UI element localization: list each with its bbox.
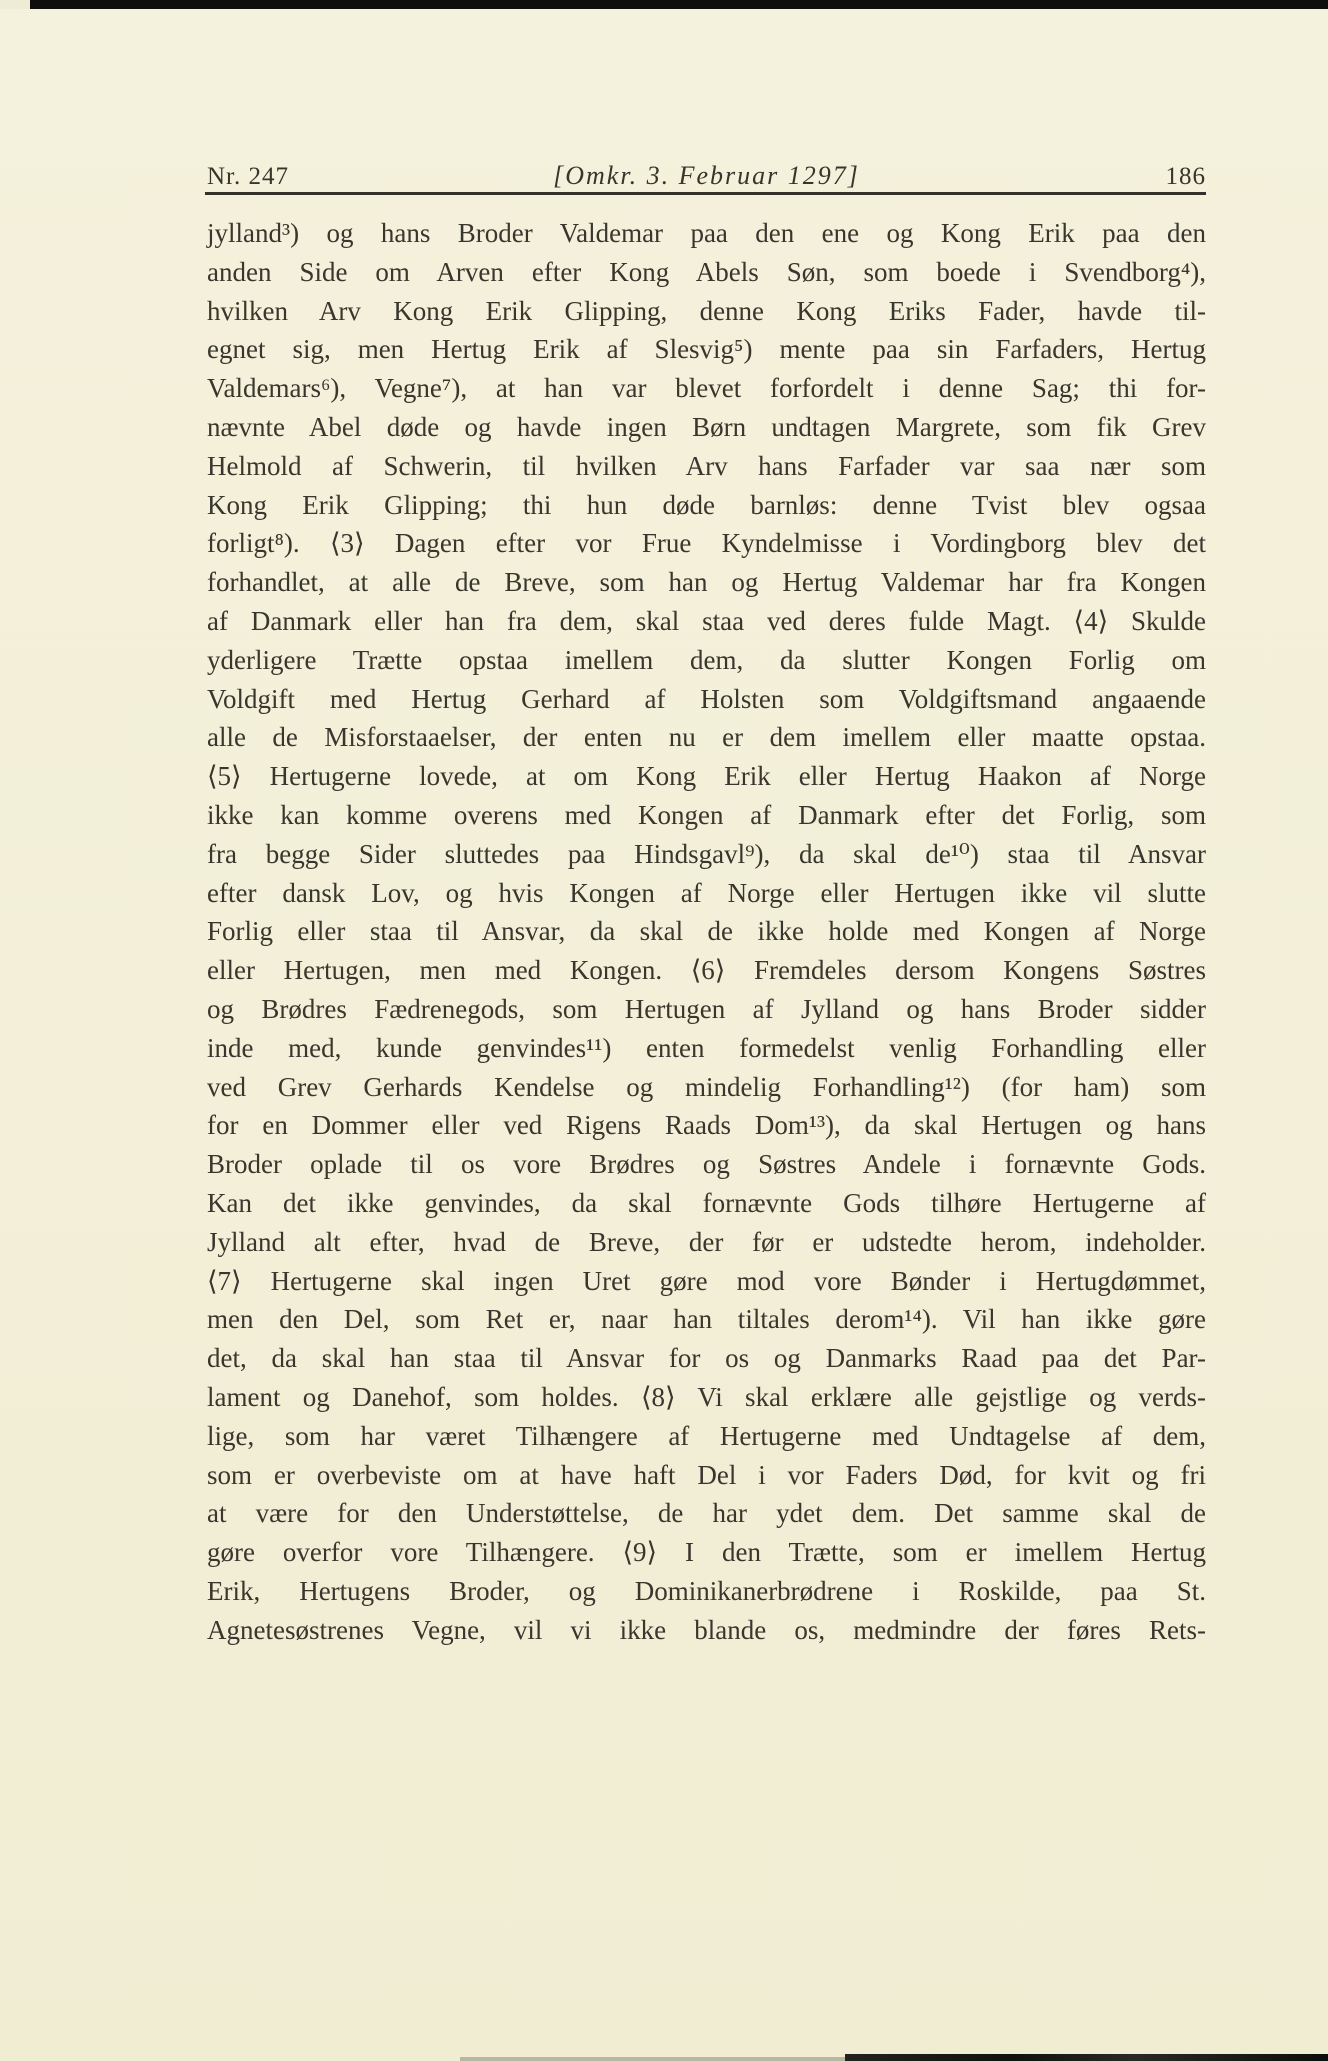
scan-edge-top-notch <box>0 0 30 9</box>
text-line: Broder oplade til os vore Brødres og Søs… <box>207 1145 1206 1184</box>
text-line: ⟨5⟩ Hertugerne lovede, at om Kong Erik e… <box>207 757 1206 796</box>
scan-edge-top <box>30 0 1328 9</box>
text-line: Valdemars⁶), Vegne⁷), at han var blevet … <box>207 369 1206 408</box>
text-line: inde med, kunde genvindes¹¹) enten forme… <box>207 1029 1206 1068</box>
page-number: 186 <box>1166 163 1207 191</box>
text-line: nævnte Abel døde og havde ingen Børn und… <box>207 408 1206 447</box>
running-head: Nr. 247 [Omkr. 3. Februar 1297] 186 <box>207 155 1206 191</box>
text-line: men den Del, som Ret er, naar han tiltal… <box>207 1300 1206 1339</box>
text-line: Kong Erik Glipping; thi hun døde barnløs… <box>207 486 1206 525</box>
text-line: Kan det ikke genvindes, da skal fornævnt… <box>207 1184 1206 1223</box>
text-line: yderligere Trætte opstaa imellem dem, da… <box>207 641 1206 680</box>
text-line: ikke kan komme overens med Kongen af Dan… <box>207 796 1206 835</box>
text-line: Agnetesøstrenes Vegne, vil vi ikke bland… <box>207 1611 1206 1650</box>
text-line: jylland³) og hans Broder Valdemar paa de… <box>207 214 1206 253</box>
scan-edge-bottom <box>845 2054 1328 2061</box>
text-line: eller Hertugen, men med Kongen. ⟨6⟩ Frem… <box>207 951 1206 990</box>
text-line: forligt⁸). ⟨3⟩ Dagen efter vor Frue Kynd… <box>207 524 1206 563</box>
text-line: ⟨7⟩ Hertugerne skal ingen Uret gøre mod … <box>207 1262 1206 1301</box>
text-line: anden Side om Arven efter Kong Abels Søn… <box>207 253 1206 292</box>
text-line: Forlig eller staa til Ansvar, da skal de… <box>207 912 1206 951</box>
text-line: Voldgift med Hertug Gerhard af Holsten s… <box>207 680 1206 719</box>
text-line: Jylland alt efter, hvad de Breve, der fø… <box>207 1223 1206 1262</box>
scan-edge-bottom-smudge <box>460 2057 850 2061</box>
text-line: lige, som har været Tilhængere af Hertug… <box>207 1417 1206 1456</box>
text-line: Erik, Hertugens Broder, og Dominikanerbr… <box>207 1572 1206 1611</box>
text-line: det, da skal han staa til Ansvar for os … <box>207 1339 1206 1378</box>
text-line: forhandlet, at alle de Breve, som han og… <box>207 563 1206 602</box>
scanned-book-page: Nr. 247 [Omkr. 3. Februar 1297] 186 jyll… <box>0 0 1328 2061</box>
text-line: for en Dommer eller ved Rigens Raads Dom… <box>207 1106 1206 1145</box>
text-line: efter dansk Lov, og hvis Kongen af Norge… <box>207 874 1206 913</box>
text-line: af Danmark eller han fra dem, skal staa … <box>207 602 1206 641</box>
body-text: jylland³) og hans Broder Valdemar paa de… <box>207 214 1206 1649</box>
text-line: Helmold af Schwerin, til hvilken Arv han… <box>207 447 1206 486</box>
text-line: hvilken Arv Kong Erik Glipping, denne Ko… <box>207 292 1206 331</box>
text-line: alle de Misforstaaelser, der enten nu er… <box>207 718 1206 757</box>
text-line: som er overbeviste om at have haft Del i… <box>207 1456 1206 1495</box>
date-heading: [Omkr. 3. Februar 1297] <box>207 161 1206 191</box>
text-line: lament og Danehof, som holdes. ⟨8⟩ Vi sk… <box>207 1378 1206 1417</box>
text-line: egnet sig, men Hertug Erik af Slesvig⁵) … <box>207 330 1206 369</box>
text-line: gøre overfor vore Tilhængere. ⟨9⟩ I den … <box>207 1533 1206 1572</box>
text-line: ved Grev Gerhards Kendelse og mindelig F… <box>207 1068 1206 1107</box>
header-rule <box>205 192 1206 195</box>
text-line: og Brødres Fædrenegods, som Hertugen af … <box>207 990 1206 1029</box>
text-line: at være for den Understøttelse, de har y… <box>207 1494 1206 1533</box>
text-line: fra begge Sider sluttedes paa Hindsgavl⁹… <box>207 835 1206 874</box>
